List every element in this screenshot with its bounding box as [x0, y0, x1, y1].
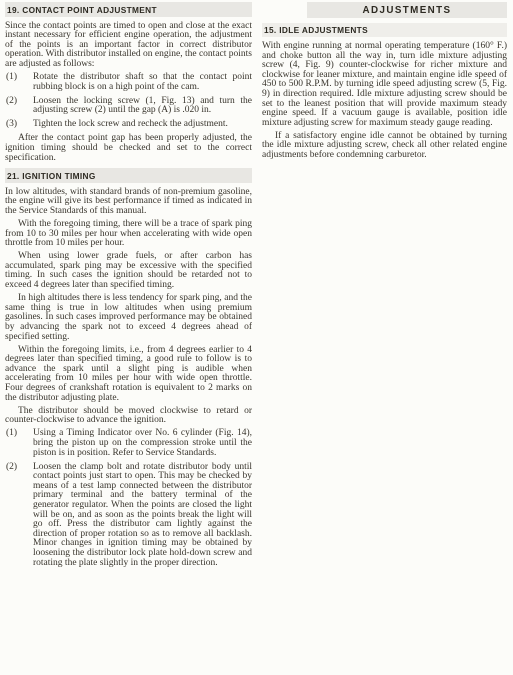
paragraph: With the foregoing timing, there will be…: [5, 220, 252, 249]
item-number: (2): [6, 97, 17, 107]
numbered-item: (2) Loosen the clamp bolt and rotate dis…: [5, 463, 252, 569]
page-header-adjustments: ADJUSTMENTS: [307, 2, 507, 18]
paragraph: With engine running at normal operating …: [262, 42, 507, 128]
item-number: (2): [6, 463, 17, 473]
item-text: Using a Timing Indicator over No. 6 cyli…: [33, 428, 252, 457]
left-column: 19. CONTACT POINT ADJUSTMENT Since the c…: [5, 2, 252, 673]
numbered-item: (1) Rotate the distributor shaft so that…: [5, 73, 252, 92]
section-heading-contact-point-adjustment: 19. CONTACT POINT ADJUSTMENT: [5, 2, 252, 17]
item-text: Loosen the clamp bolt and rotate distrib…: [33, 462, 252, 568]
section-heading-idle-adjustments: 15. IDLE ADJUSTMENTS: [262, 23, 507, 38]
paragraph: When using lower grade fuels, or after c…: [5, 252, 252, 290]
paragraph: If a satisfactory engine idle cannot be …: [262, 132, 507, 161]
paragraph: Within the foregoing limits, i.e., from …: [5, 346, 252, 404]
item-text: Rotate the distributor shaft so that the…: [33, 72, 252, 92]
paragraph: In high altitudes there is less tendency…: [5, 294, 252, 342]
paragraph: The distributor should be moved clockwis…: [5, 407, 252, 426]
item-text: Tighten the lock screw and recheck the a…: [33, 119, 228, 129]
numbered-item: (3) Tighten the lock screw and recheck t…: [5, 120, 252, 130]
section-heading-ignition-timing: 21. IGNITION TIMING: [5, 168, 252, 183]
paragraph: After the contact point gap has been pro…: [5, 134, 252, 163]
paragraph: Since the contact points are timed to op…: [5, 22, 252, 70]
paragraph: In low altitudes, with standard brands o…: [5, 188, 252, 217]
right-column: ADJUSTMENTS 15. IDLE ADJUSTMENTS With en…: [262, 2, 507, 164]
numbered-item: (2) Loosen the locking screw (1, Fig. 13…: [5, 97, 252, 116]
item-number: (1): [6, 429, 17, 439]
manual-page: 19. CONTACT POINT ADJUSTMENT Since the c…: [0, 0, 513, 675]
item-number: (1): [6, 73, 17, 83]
item-text: Loosen the locking screw (1, Fig. 13) an…: [33, 96, 252, 116]
numbered-item: (1) Using a Timing Indicator over No. 6 …: [5, 429, 252, 458]
item-number: (3): [6, 120, 17, 130]
